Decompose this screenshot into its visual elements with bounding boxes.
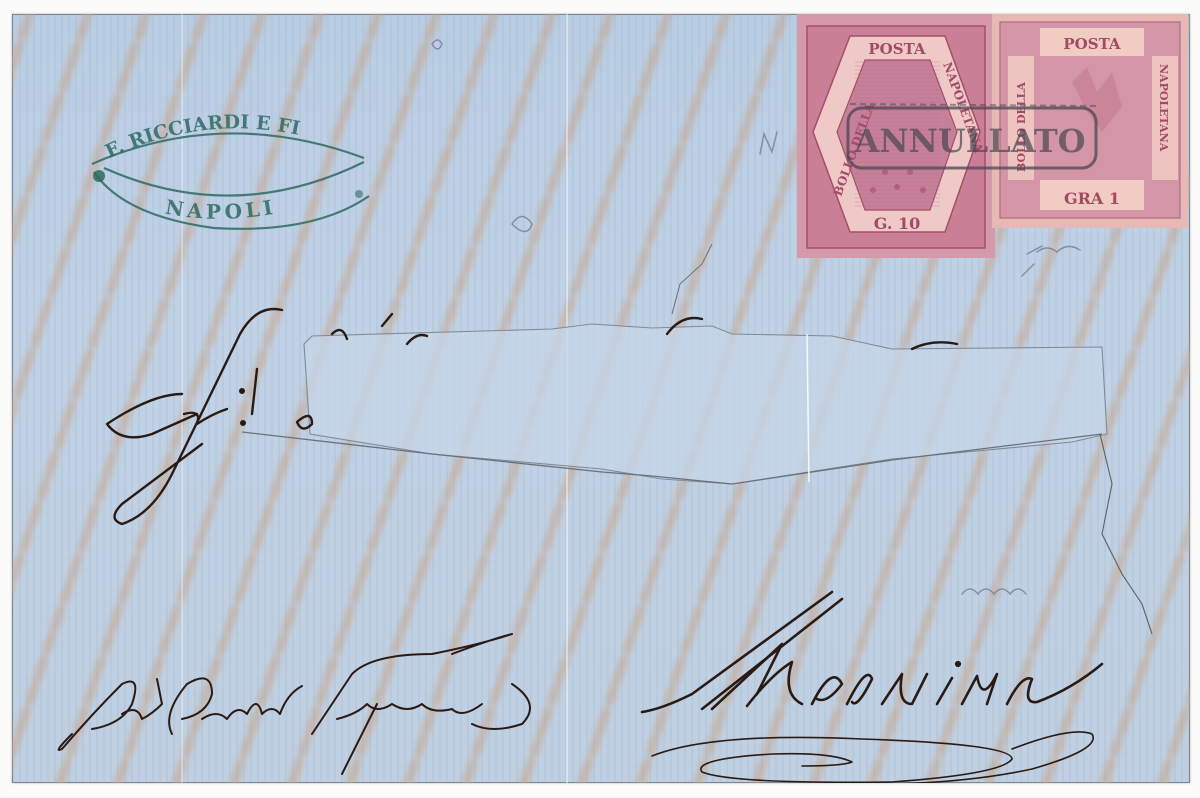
handwritten-address	[12, 14, 1190, 783]
handwriting-city	[642, 592, 1102, 712]
handwriting-route-note	[59, 634, 530, 774]
item-type: Postal cover (folded letter)	[0, 0, 1, 1]
postal-cover: F. RICCIARDI E FI NAPOLI POSTA G. 10 BOL…	[12, 14, 1190, 783]
handwriting-salutation	[107, 309, 957, 524]
handwriting-flourish	[652, 732, 1093, 783]
address-route-note: Pel Postale Francese	[0, 0, 1, 1]
address-city: Messina	[0, 0, 1, 1]
address-salutation: Sig.r	[0, 0, 1, 1]
